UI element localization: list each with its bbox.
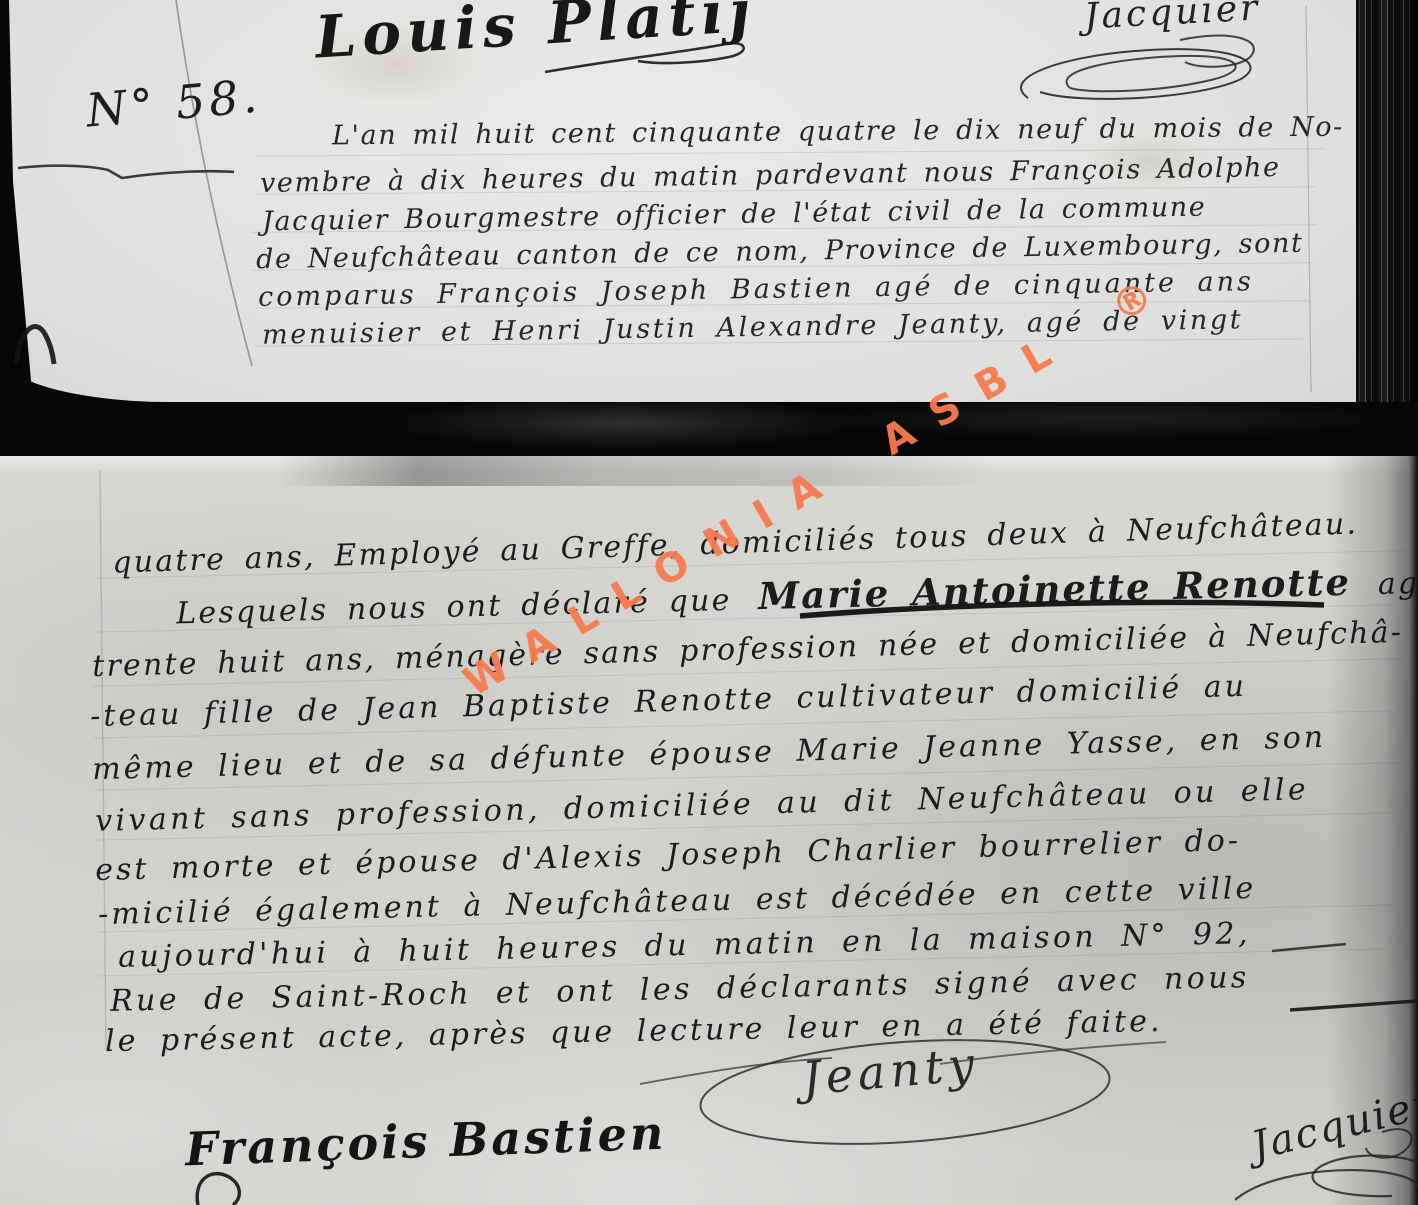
registrar-signature-top: Jacquier <box>1083 0 1261 38</box>
signature-bastien: François Bastien <box>184 1106 667 1177</box>
signature-jeanty: Jeanty <box>800 1036 981 1105</box>
book-binding-edges <box>1356 0 1418 402</box>
deceased-name: Marie Antoinette Renotte <box>758 560 1352 618</box>
act-number: N° 58. <box>84 68 263 137</box>
act-text-line: L'an mil huit cent cinquante quatre le d… <box>332 112 1344 152</box>
signature-jacquier: Jacquier <box>1247 1080 1418 1169</box>
declaration-suffix: agée de <box>1377 564 1418 602</box>
register-scan: N° 58. Louis Platij Jacquier L'an mil hu… <box>0 0 1418 1205</box>
upper-page: N° 58. Louis Platij Jacquier L'an mil hu… <box>0 0 1418 402</box>
left-page-edge <box>0 0 36 402</box>
previous-act-signature: Louis Platij <box>313 0 758 71</box>
